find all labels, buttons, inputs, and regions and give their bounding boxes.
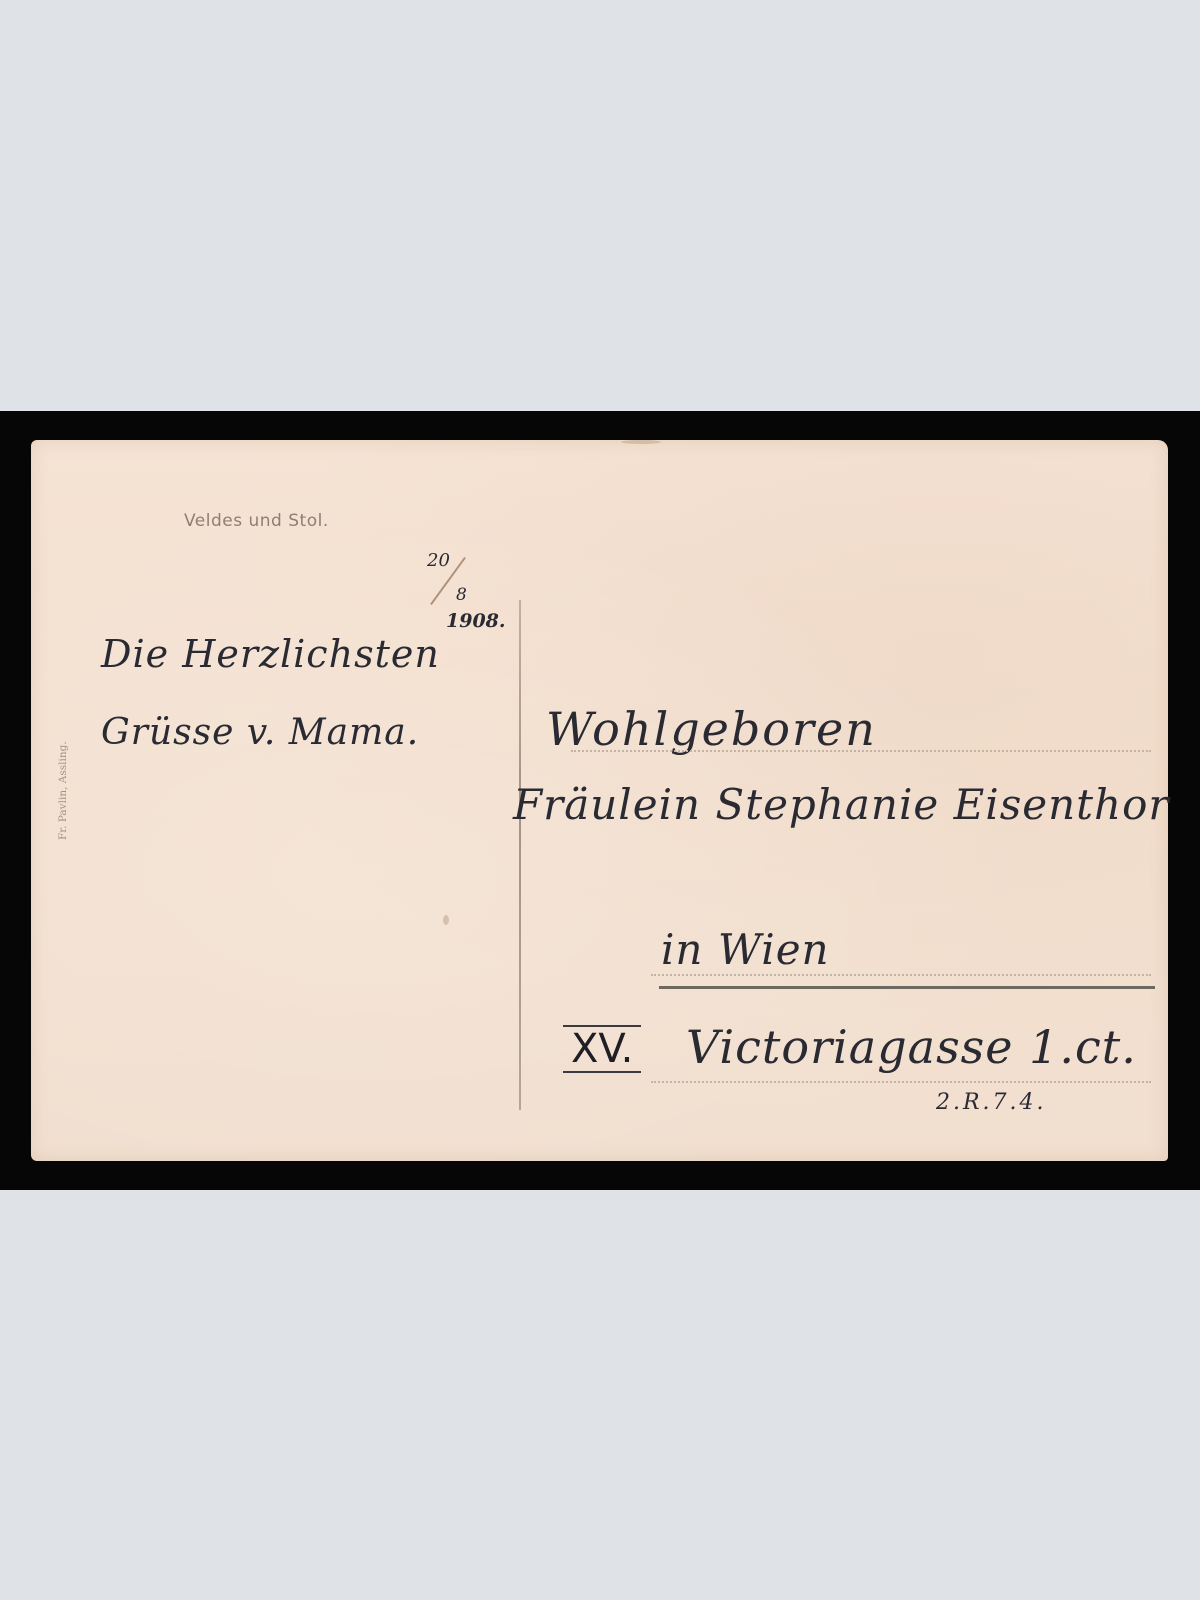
address-street: Victoriagasse 1.ct.	[686, 1020, 1137, 1074]
address-rule	[651, 974, 1151, 976]
card-divider-line	[519, 600, 521, 1110]
address-rule	[571, 750, 1151, 752]
address-rule	[651, 1081, 1151, 1083]
address-salutation: Wohlgeboren	[546, 702, 877, 756]
paper-stain	[621, 440, 661, 444]
city-underline	[659, 986, 1155, 989]
date-day: 20	[427, 550, 450, 571]
address-recipient: Fräulein Stephanie Eisenthor	[513, 780, 1169, 829]
message-line-1: Die Herzlichsten	[101, 632, 440, 676]
address-city: in Wien	[661, 925, 830, 974]
postcard-back: Veldes und Stol. Fr. Pavlin, Assling. 20…	[31, 440, 1168, 1161]
paper-stain	[443, 915, 449, 925]
printed-caption: Veldes und Stol.	[184, 511, 329, 531]
date-month: 8	[456, 585, 467, 605]
publisher-imprint: Fr. Pavlin, Assling.	[57, 741, 69, 840]
photo-background: Veldes und Stol. Fr. Pavlin, Assling. 20…	[0, 411, 1200, 1190]
date-year: 1908.	[446, 610, 506, 632]
address-note: 2.R.7.4.	[936, 1090, 1047, 1115]
message-line-2: Grüsse v. Mama.	[101, 712, 419, 753]
address-district: XV.	[563, 1025, 641, 1073]
